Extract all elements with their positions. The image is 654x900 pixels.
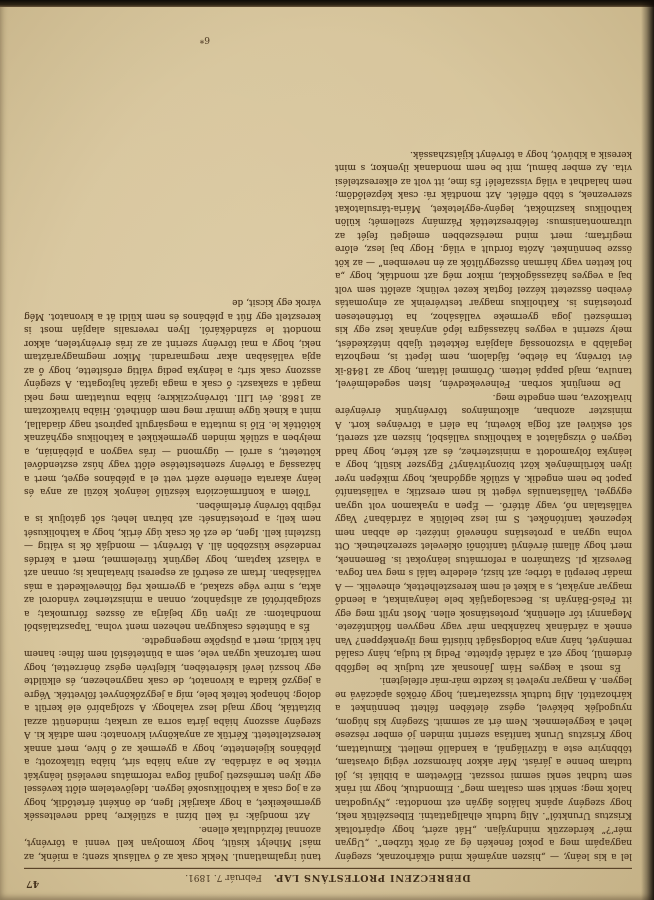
- signature-mark: 6*: [200, 34, 210, 44]
- masthead-title: DEBRECZENI PROTESTÁNS LAP.: [273, 872, 471, 883]
- masthead-rule: [24, 868, 632, 869]
- text-column-right: tanú irgalmatlanul. Nekik csak az ő vall…: [24, 50, 321, 862]
- page-content-rotated-180: DEBRECZENI PROTESTÁNS LAP. Február 7. 18…: [0, 0, 654, 900]
- page-number: 47: [26, 878, 39, 889]
- paragraph: De menjünk sorban. Felnevekedvén, Isten …: [335, 147, 632, 390]
- paragraph: Azt mondják: rá kell bízni a szülékre, h…: [24, 633, 321, 822]
- paragraph: És a büntetés csakugyan nehezen ment vol…: [24, 498, 321, 633]
- masthead-date: Február 7. 1891.: [185, 872, 262, 882]
- paragraph: lel a kis leány, — „hiszen anyámék mind …: [335, 673, 632, 862]
- paragraph: Tőlem a konfirmáczióra készülő leányok k…: [24, 295, 321, 498]
- scanned-newspaper-screenshot: DEBRECZENI PROTESTÁNS LAP. Február 7. 18…: [0, 0, 654, 900]
- scan-page: DEBRECZENI PROTESTÁNS LAP. Február 7. 18…: [0, 0, 654, 900]
- text-column-left: lel a kis leány, — „hiszen anyámék mind …: [335, 50, 632, 862]
- text-columns: lel a kis leány, — „hiszen anyámék mind …: [24, 50, 632, 862]
- paragraph: És most a kegyes Hám Jánosnak azt tudjuk…: [335, 390, 632, 674]
- masthead: DEBRECZENI PROTESTÁNS LAP. Február 7. 18…: [24, 872, 632, 890]
- paragraph: tanú irgalmatlanul. Nekik csak az ő vall…: [24, 822, 321, 863]
